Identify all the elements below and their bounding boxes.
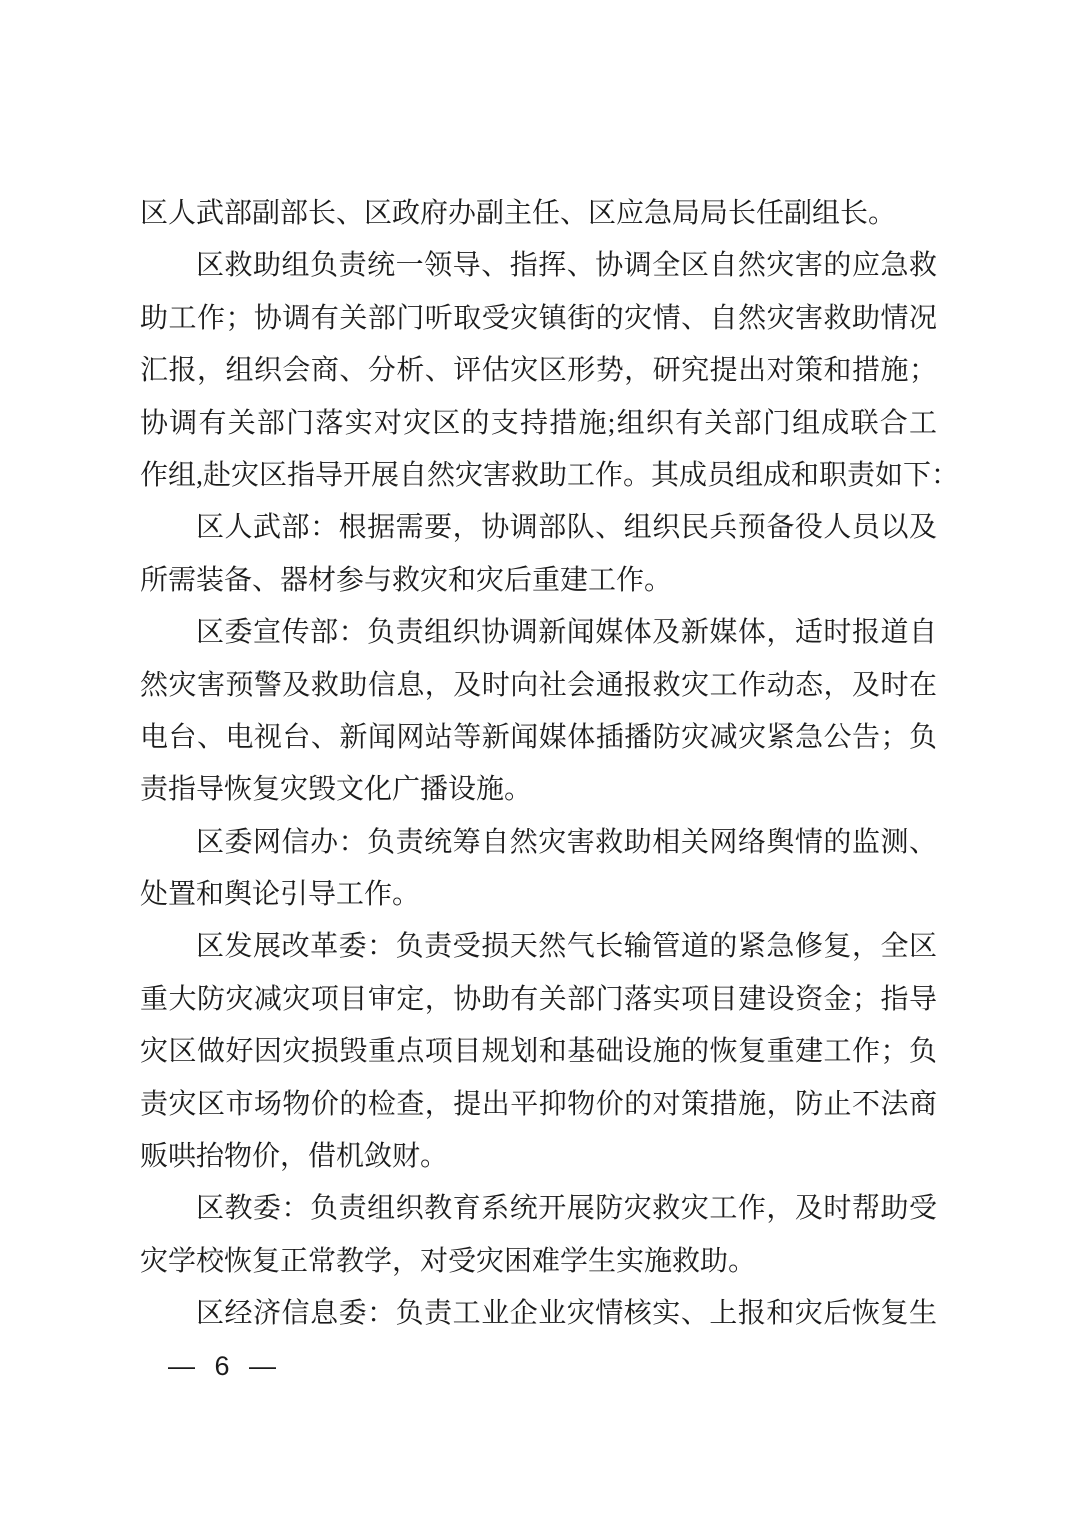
text-line: 处置和舆论引导工作。 <box>140 869 937 921</box>
text-line: 然灾害预警及救助信息，及时向社会通报救灾工作动态，及时在 <box>140 660 937 712</box>
page-number: — 6 — <box>168 1346 276 1386</box>
text-line: 责指导恢复灾毁文化广播设施。 <box>140 764 937 816</box>
text-line: 责灾区市场物价的检查，提出平抑物价的对策措施，防止不法商 <box>140 1079 937 1131</box>
text-line: 电台、电视台、新闻网站等新闻媒体插播防灾减灾紧急公告；负 <box>140 712 937 764</box>
text-line: 区委宣传部：负责组织协调新闻媒体及新媒体，适时报道自 <box>140 607 937 659</box>
text-line: 区人武部副部长、区政府办副主任、区应急局局长任副组长。 <box>140 188 937 240</box>
text-line: 助工作；协调有关部门听取受灾镇街的灾情、自然灾害救助情况 <box>140 293 937 345</box>
text-line: 作组,赴灾区指导开展自然灾害救助工作。其成员组成和职责如下： <box>140 450 937 502</box>
text-line: 重大防灾减灾项目审定，协助有关部门落实项目建设资金；指导 <box>140 974 937 1026</box>
text-line: 区委网信办：负责统筹自然灾害救助相关网络舆情的监测、 <box>140 817 937 869</box>
text-line: 区人武部：根据需要，协调部队、组织民兵预备役人员以及 <box>140 502 937 554</box>
text-line: 汇报，组织会商、分析、评估灾区形势，研究提出对策和措施； <box>140 345 937 397</box>
document-page: 区人武部副部长、区政府办副主任、区应急局局长任副组长。区救助组负责统一领导、指挥… <box>0 0 1074 1520</box>
text-block: 区人武部副部长、区政府办副主任、区应急局局长任副组长。区救助组负责统一领导、指挥… <box>140 188 937 1341</box>
text-line: 灾学校恢复正常教学，对受灾困难学生实施救助。 <box>140 1236 937 1288</box>
text-line: 灾区做好因灾损毁重点项目规划和基础设施的恢复重建工作；负 <box>140 1026 937 1078</box>
text-line: 区发展改革委：负责受损天然气长输管道的紧急修复，全区 <box>140 921 937 973</box>
text-line: 区教委：负责组织教育系统开展防灾救灾工作，及时帮助受 <box>140 1183 937 1235</box>
text-line: 区经济信息委：负责工业企业灾情核实、上报和灾后恢复生 <box>140 1288 937 1340</box>
text-line: 贩哄抬物价，借机敛财。 <box>140 1131 937 1183</box>
text-line: 协调有关部门落实对灾区的支持措施;组织有关部门组成联合工 <box>140 398 937 450</box>
text-line: 区救助组负责统一领导、指挥、协调全区自然灾害的应急救 <box>140 240 937 292</box>
text-line: 所需装备、器材参与救灾和灾后重建工作。 <box>140 555 937 607</box>
